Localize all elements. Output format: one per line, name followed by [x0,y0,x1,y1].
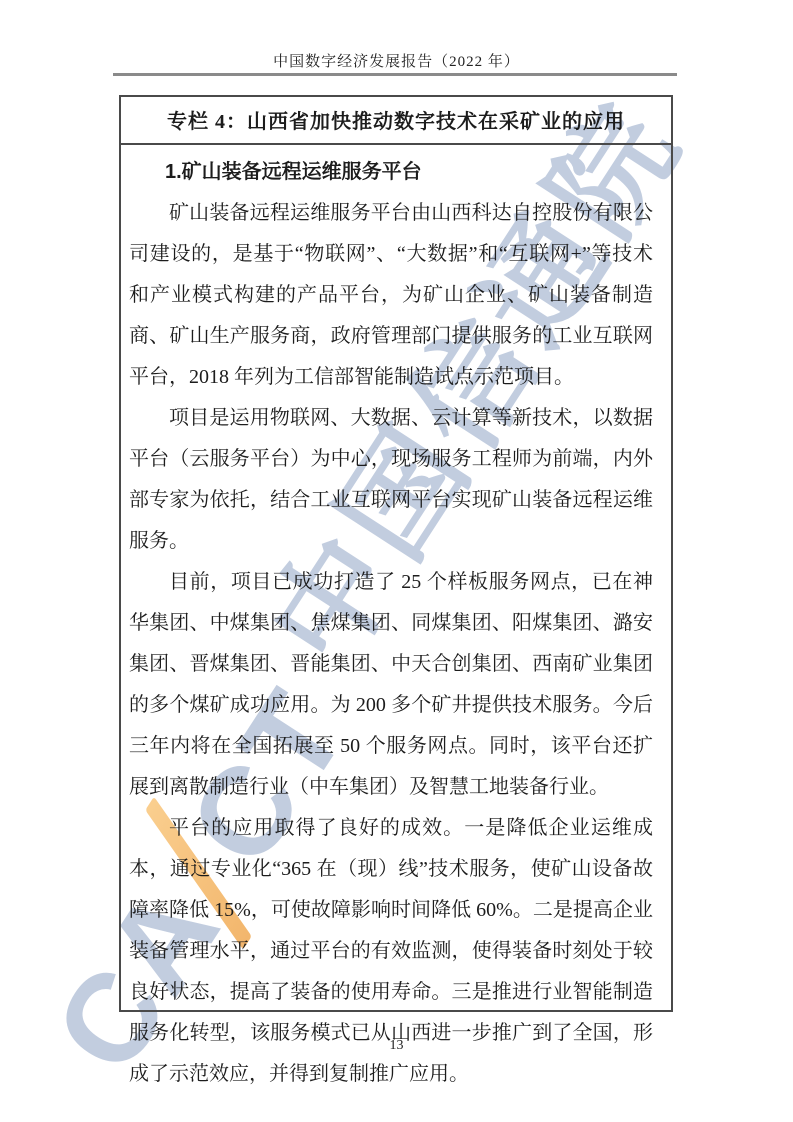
header-rule [113,73,677,76]
paragraph: 平台的应用取得了良好的成效。一是降低企业运维成本，通过专业化“365 在（现）线… [129,808,653,1095]
paragraph: 矿山装备远程运维服务平台由山西科达自控股份有限公司建设的，是基于“物联网”、“大… [129,193,653,398]
column-box-title: 专栏 4：山西省加快推动数字技术在采矿业的应用 [121,97,671,145]
section-heading: 1.矿山装备远程运维服务平台 [129,152,653,193]
paragraph: 项目是运用物联网、大数据、云计算等新技术，以数据平台（云服务平台）为中心，现场服… [129,398,653,562]
column-box: 专栏 4：山西省加快推动数字技术在采矿业的应用 1.矿山装备远程运维服务平台 矿… [119,95,673,1012]
page-header-title: 中国数字经济发展报告（2022 年） [0,50,793,71]
paragraph: 目前，项目已成功打造了 25 个样板服务网点，已在神华集团、中煤集团、焦煤集团、… [129,562,653,808]
column-box-content: 1.矿山装备远程运维服务平台 矿山装备远程运维服务平台由山西科达自控股份有限公司… [121,145,671,1095]
